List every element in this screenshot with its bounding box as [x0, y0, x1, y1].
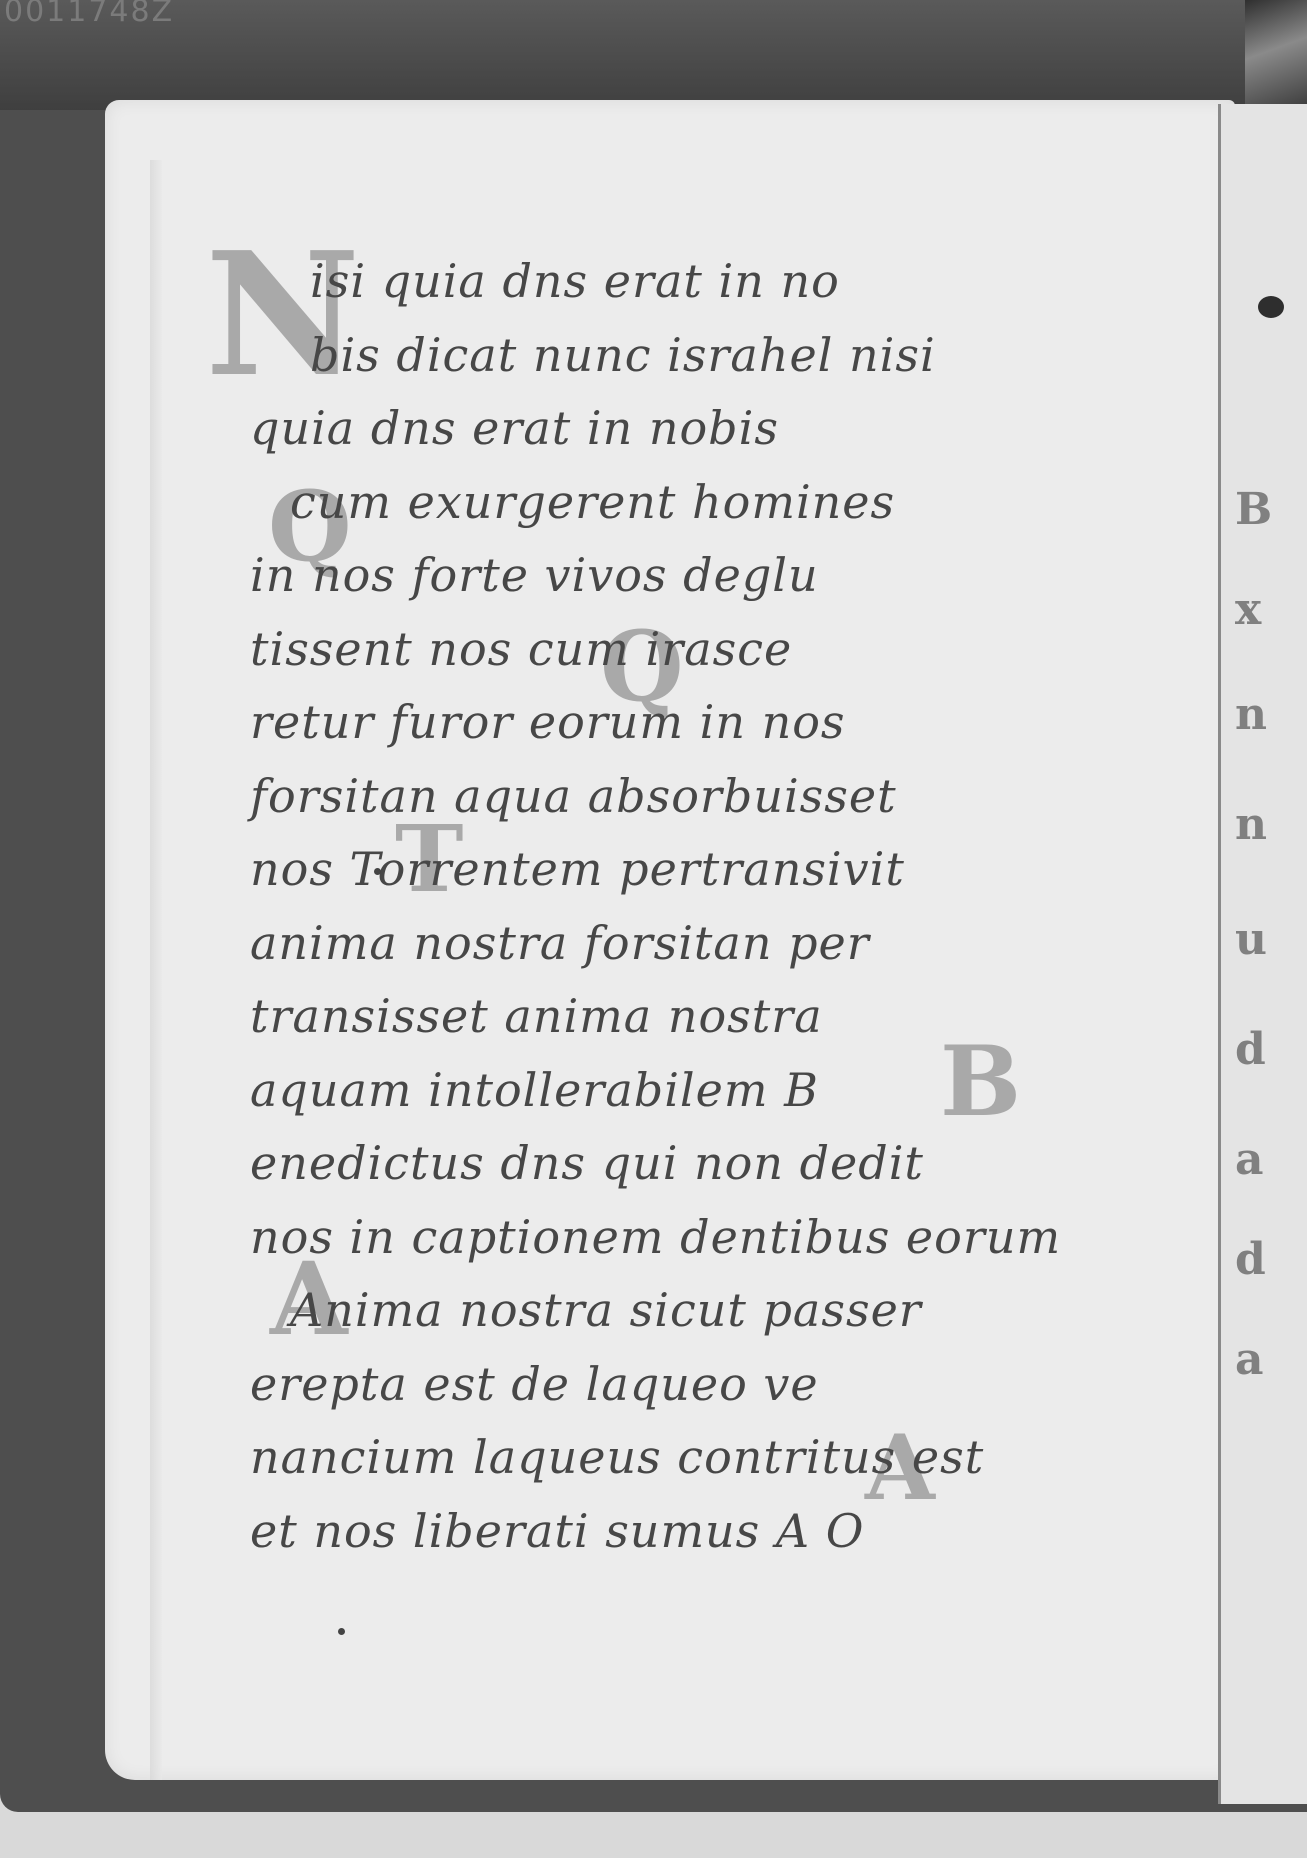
text-line: transisset anima nostra [250, 980, 1070, 1054]
text-line: et nos liberati sumus A O [250, 1495, 1070, 1569]
text-line: in nos forte vivos deglu [250, 539, 1070, 613]
text-line: tissent nos cum irasce [250, 613, 1070, 687]
text-line: retur furor eorum in nos [250, 686, 1070, 760]
text-line: forsitan aqua absorbuisset [250, 760, 1070, 834]
adjacent-letter: n [1235, 689, 1267, 740]
adjacent-letter: a [1235, 1134, 1264, 1185]
text-line: nos Torrentem pertransivit [250, 833, 1070, 907]
text-line: aquam intollerabilem B [250, 1054, 1070, 1128]
ink-blot [1258, 296, 1284, 318]
manuscript-text: isi quia dns erat in no bis dicat nunc i… [250, 245, 1070, 1568]
text-line: enedictus dns qui non dedit [250, 1127, 1070, 1201]
text-line: isi quia dns erat in no [250, 245, 1070, 319]
text-line: nancium laqueus contritus est [250, 1421, 1070, 1495]
adjacent-letter: d [1235, 1024, 1266, 1075]
adjacent-letter: x [1235, 584, 1261, 635]
adjacent-leaf: B x n n u d a d a [1218, 104, 1307, 1804]
adjacent-letter: u [1235, 914, 1267, 965]
text-line: nos in captionem dentibus eorum [250, 1201, 1070, 1275]
ink-dot [374, 868, 381, 875]
reference-label: 0011748Z [4, 0, 174, 29]
adjacent-letter: a [1235, 1334, 1264, 1385]
adjacent-letter: B [1235, 484, 1272, 535]
ink-dot [338, 1628, 345, 1635]
text-line: quia dns erat in nobis [250, 392, 1070, 466]
text-line: Anima nostra sicut passer [250, 1274, 1070, 1348]
adjacent-letter: d [1235, 1234, 1266, 1285]
binding-clasp [1245, 0, 1307, 110]
binding-top-edge: 0011748Z [0, 0, 1307, 110]
text-line: erepta est de laqueo ve [250, 1348, 1070, 1422]
page-edge-shadow [150, 160, 162, 1780]
text-line: anima nostra forsitan per [250, 907, 1070, 981]
adjacent-letter: n [1235, 799, 1267, 850]
text-line: cum exurgerent homines [250, 466, 1070, 540]
text-line: bis dicat nunc israhel nisi [250, 319, 1070, 393]
